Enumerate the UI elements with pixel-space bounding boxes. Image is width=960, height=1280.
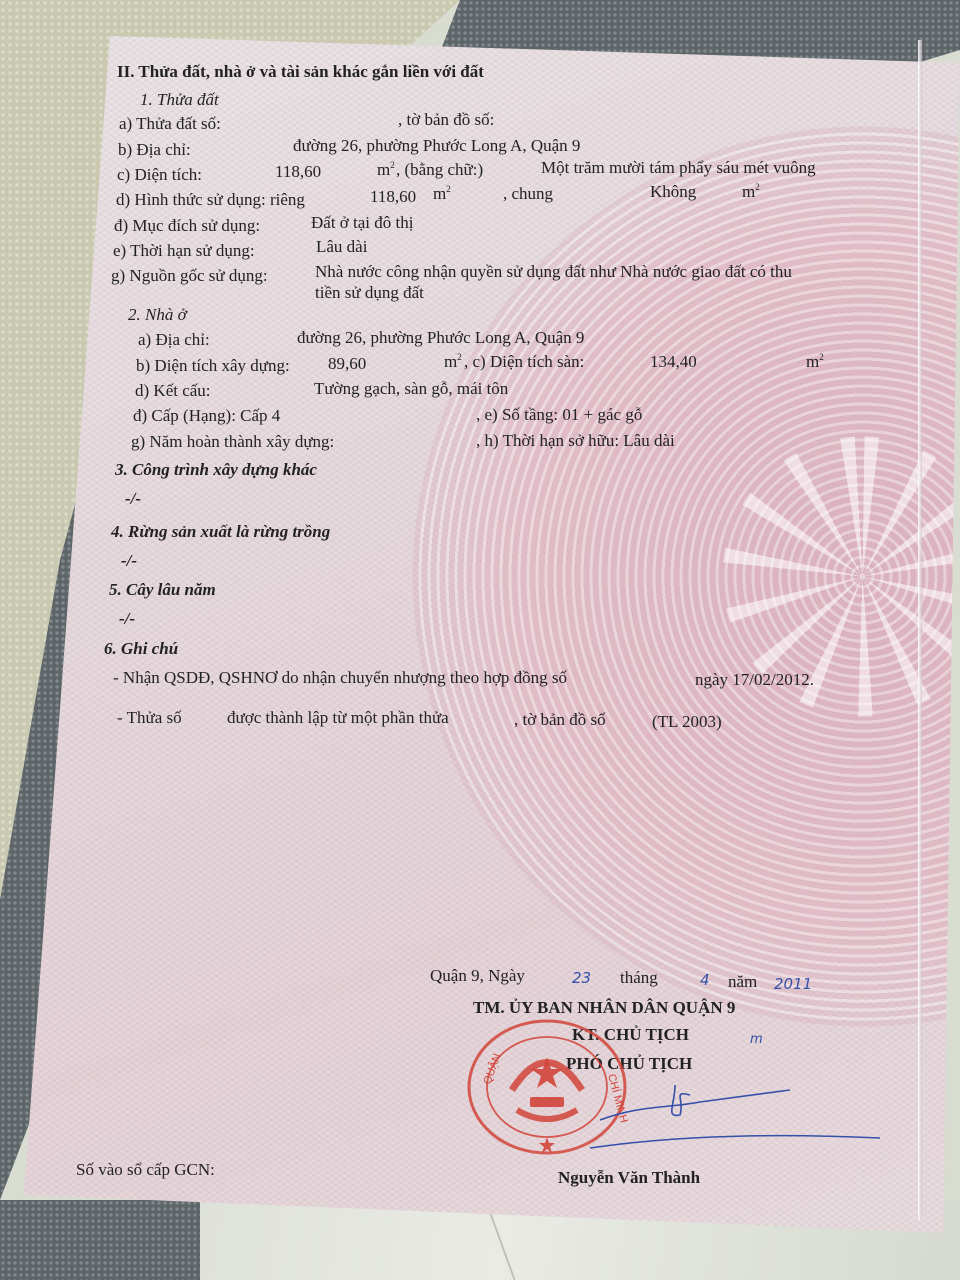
build-area-unit: m2 xyxy=(444,352,462,374)
forest-heading: 4. Rừng sản xuất là rừng trồng xyxy=(111,522,330,542)
completion-year-label: g) Năm hoàn thành xây dựng: xyxy=(131,432,334,452)
purpose-label: đ) Mục đích sử dụng: xyxy=(114,216,260,236)
usage-shared-unit: m2 xyxy=(742,182,760,204)
usage-shared-label: , chung xyxy=(503,184,553,204)
purpose-value: Đất ở tại đô thị xyxy=(311,213,413,233)
notes-line2-origin: được thành lập từ một phần thửa xyxy=(227,708,449,728)
notes-line2-parcel: - Thửa số xyxy=(117,708,182,728)
initials-handwritten: m xyxy=(750,1030,763,1050)
handwritten-signature xyxy=(580,1080,880,1160)
build-area-value: 89,60 xyxy=(328,354,366,374)
stamp-text-left: QUẬN xyxy=(481,1052,504,1086)
map-sheet-label: , tờ bản đồ số: xyxy=(398,110,494,130)
other-works-heading: 3. Công trình xây dựng khác xyxy=(115,460,317,480)
usage-private-value: 118,60 xyxy=(370,187,416,207)
notes-line2-map: , tờ bản đồ số xyxy=(514,710,606,730)
usage-term-value: Lâu dài xyxy=(316,237,367,257)
origin-label: g) Nguồn gốc sử dụng: xyxy=(111,266,268,286)
signing-year-label: năm xyxy=(728,972,757,992)
signer-name: Nguyễn Văn Thành xyxy=(558,1168,700,1188)
land-address-label: b) Địa chỉ: xyxy=(118,140,191,160)
registry-number-label: Số vào sổ cấp GCN: xyxy=(76,1160,215,1180)
house-address-value: đường 26, phường Phước Long A, Quận 9 xyxy=(297,328,584,348)
area-in-words-value: Một trăm mười tám phẩy sáu mét vuông xyxy=(541,158,816,178)
land-area-value: 118,60 xyxy=(275,162,321,182)
structure-label: d) Kết cấu: xyxy=(135,381,211,401)
ownership-term-label: , h) Thời hạn sở hữu: Lâu dài xyxy=(476,431,675,451)
signing-day-handwritten: 23 xyxy=(572,968,591,988)
signing-place-date-prefix: Quận 9, Ngày xyxy=(430,966,525,986)
land-address-value: đường 26, phường Phước Long A, Quận 9 xyxy=(293,136,580,156)
land-area-unit: m2 xyxy=(377,160,395,182)
other-works-value: -/- xyxy=(125,489,141,509)
notes-line1-text: - Nhận QSDĐ, QSHNƠ do nhận chuyển nhượng… xyxy=(113,668,567,688)
house-heading: 2. Nhà ở xyxy=(128,305,187,325)
notes-heading: 6. Ghi chú xyxy=(104,639,178,659)
signing-month-handwritten: 4 xyxy=(700,970,710,990)
land-heading: 1. Thửa đất xyxy=(140,90,219,110)
usage-term-label: e) Thời hạn sử dụng: xyxy=(113,241,255,261)
floor-area-label: , c) Diện tích sàn: xyxy=(464,352,584,372)
signing-year-handwritten: 2011 xyxy=(774,974,812,994)
parcel-number-label: a) Thửa đất số: xyxy=(119,114,221,134)
usage-shared-value: Không xyxy=(650,182,696,202)
build-area-label: b) Diện tích xây dựng: xyxy=(136,356,290,376)
section-title: II. Thửa đất, nhà ở và tài sản khác gắn … xyxy=(117,62,484,82)
origin-value-line1: Nhà nước công nhận quyền sử dụng đất như… xyxy=(315,262,792,282)
signing-month-label: tháng xyxy=(620,968,658,988)
perennial-value: -/- xyxy=(119,609,135,629)
floors-label: , e) Số tầng: 01 + gác gỗ xyxy=(476,405,642,425)
perennial-heading: 5. Cây lâu năm xyxy=(109,580,216,600)
notes-line1-date: ngày 17/02/2012. xyxy=(695,670,814,690)
forest-value: -/- xyxy=(121,551,137,571)
notes-line2-tl: (TL 2003) xyxy=(652,712,722,732)
house-address-label: a) Địa chỉ: xyxy=(138,330,210,350)
usage-form-label: d) Hình thức sử dụng: riêng xyxy=(116,190,305,210)
grade-label: đ) Cấp (Hạng): Cấp 4 xyxy=(133,406,280,426)
land-area-label: c) Diện tích: xyxy=(117,165,202,185)
floor-area-value: 134,40 xyxy=(650,352,697,372)
area-in-words-label: , (bằng chữ:) xyxy=(396,160,483,180)
usage-private-unit: m2 xyxy=(433,184,451,206)
origin-value-line2: tiền sử dụng đất xyxy=(315,283,424,303)
structure-value: Tường gạch, sàn gỗ, mái tôn xyxy=(314,379,508,399)
floor-area-unit: m2 xyxy=(806,352,824,374)
